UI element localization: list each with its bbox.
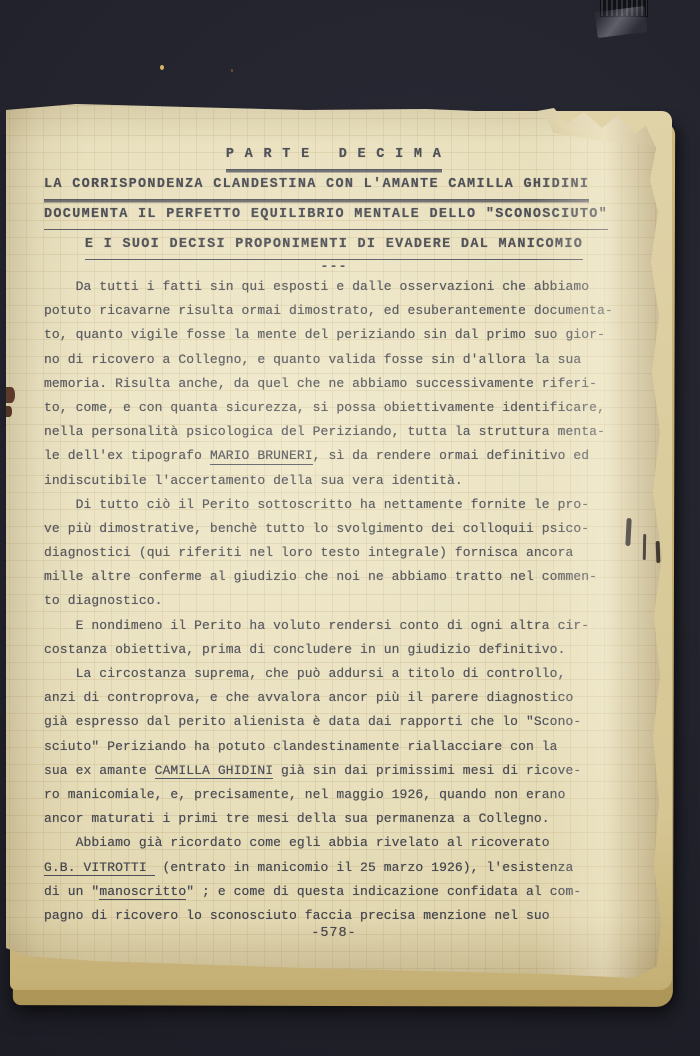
body-line: no di ricovero a Collegno, e quanto vali… — [44, 349, 632, 373]
text-run: to, quanto vigile fosse la mente del per… — [44, 327, 605, 342]
body-line: anzi di controprova, e che avvalora anco… — [44, 687, 632, 711]
text-run: Di tutto ciò il Perito sottoscritto ha n… — [44, 497, 589, 512]
title-text: DOCUMENTA IL PERFETTO EQUILIBRIO MENTALE… — [44, 202, 608, 230]
underlined-name: manoscritto — [99, 884, 186, 901]
text-run: sua ex amante — [44, 763, 155, 778]
text-run: potuto ricavarne risulta ormai dimostrat… — [44, 303, 613, 318]
text-run: le dell'ex tipografo — [44, 448, 210, 463]
body-line: mille altre conferme al giudizio che noi… — [44, 566, 632, 590]
text-run: nella personalità psicologica del Perizi… — [44, 424, 605, 439]
text-run: già espresso dal perito alienista è data… — [44, 714, 581, 729]
body-line: nella personalità psicologica del Perizi… — [44, 421, 632, 445]
page-number: -578- — [44, 926, 624, 941]
body-line: sciuto" Periziando ha potuto clandestina… — [44, 736, 632, 760]
body-line: diagnostici (qui riferiti nel loro testo… — [44, 542, 632, 566]
title-block: P A R T E D E C I M ALA CORRISPONDENZA C… — [44, 142, 624, 262]
text-run: costanza obiettiva, prima di concludere … — [44, 642, 565, 657]
body-line: sua ex amante CAMILLA GHIDINI già sin da… — [44, 760, 632, 784]
paper-speck — [160, 65, 164, 70]
title-text: P A R T E D E C I M A — [226, 142, 442, 170]
body-line: G.B. VITROTTI (entrato in manicomio il 2… — [44, 857, 632, 881]
body-line: to, quanto vigile fosse la mente del per… — [44, 324, 632, 348]
title-line: LA CORRISPONDENZA CLANDESTINA CON L'AMAN… — [44, 172, 624, 202]
body-line: E nondimeno il Perito ha voluto rendersi… — [44, 615, 632, 639]
body-line: costanza obiettiva, prima di concludere … — [44, 639, 632, 663]
text-run: già sin dai primissimi mesi di ricove- — [273, 763, 581, 778]
title-text: LA CORRISPONDENZA CLANDESTINA CON L'AMAN… — [44, 172, 589, 200]
body-line: La circostanza suprema, che può addursi … — [44, 663, 632, 687]
text-run: E nondimeno il Perito ha voluto rendersi… — [44, 618, 589, 633]
body-line: ve più dimostrative, benchè tutto lo svo… — [44, 518, 632, 542]
text-run: memoria. Risulta anche, da quel che ne a… — [44, 376, 597, 391]
body-block: Da tutti i fatti sin qui esposti e dalle… — [44, 276, 632, 929]
text-run: mille altre conferme al giudizio che noi… — [44, 569, 597, 584]
document-page: P A R T E D E C I M ALA CORRISPONDENZA C… — [6, 100, 664, 980]
text-run: (entrato in manicomio il 25 marzo 1926),… — [155, 860, 574, 875]
body-line: ro manicomiale, e, precisamente, nel mag… — [44, 784, 632, 808]
body-line: Abbiamo già ricordato come egli abbia ri… — [44, 832, 632, 856]
underlined-name: CAMILLA GHIDINI — [155, 763, 274, 780]
text-run: La circostanza suprema, che può addursi … — [44, 666, 565, 681]
paper-speck — [231, 69, 233, 72]
photograph-of-album-page: { "colors": { "album_background": "#2323… — [0, 0, 700, 1056]
underlined-name: MARIO BRUNERI — [210, 448, 313, 465]
text-run: no di ricovero a Collegno, e quanto vali… — [44, 352, 581, 367]
text-run: di un " — [44, 884, 99, 899]
text-run: pagno di ricovero lo sconosciuto faccia … — [44, 908, 550, 923]
text-run: ro manicomiale, e, precisamente, nel mag… — [44, 787, 565, 802]
body-line: ancor maturati i primi tre mesi della su… — [44, 808, 632, 832]
binding-stain — [6, 387, 15, 403]
text-run: to, come, e con quanta sicurezza, si pos… — [44, 400, 605, 415]
text-run: Abbiamo già ricordato come egli abbia ri… — [44, 835, 550, 850]
binding-stain — [6, 406, 12, 417]
body-line: le dell'ex tipografo MARIO BRUNERI, sì d… — [44, 445, 632, 469]
text-run: ancor maturati i primi tre mesi della su… — [44, 811, 550, 826]
text-run: " ; e come di questa indicazione confida… — [186, 884, 581, 899]
text-run: Da tutti i fatti sin qui esposti e dalle… — [44, 279, 589, 294]
body-line: memoria. Risulta anche, da quel che ne a… — [44, 373, 632, 397]
text-run: sciuto" Periziando ha potuto clandestina… — [44, 739, 558, 754]
underlined-name: G.B. VITROTTI — [44, 860, 155, 877]
edge-ink-mark — [643, 534, 646, 560]
body-line: di un "manoscritto" ; e come di questa i… — [44, 881, 632, 905]
body-line: to diagnostico. — [44, 590, 632, 614]
body-line: to, come, e con quanta sicurezza, si pos… — [44, 397, 632, 421]
title-line: P A R T E D E C I M A — [44, 142, 624, 172]
body-line: potuto ricavarne risulta ormai dimostrat… — [44, 300, 632, 324]
text-run: to diagnostico. — [44, 593, 163, 608]
text-run: ve più dimostrative, benchè tutto lo svo… — [44, 521, 589, 536]
text-run: diagnostici (qui riferiti nel loro testo… — [44, 545, 573, 560]
text-run: , sì da rendere ormai definitivo ed — [313, 448, 590, 463]
title-line: E I SUOI DECISI PROPONIMENTI DI EVADERE … — [44, 232, 624, 262]
title-line: DOCUMENTA IL PERFETTO EQUILIBRIO MENTALE… — [44, 202, 624, 232]
title-text: E I SUOI DECISI PROPONIMENTI DI EVADERE … — [85, 232, 583, 260]
text-run: indiscutibile l'accertamento della sua v… — [44, 473, 463, 488]
tape-fragment — [595, 6, 648, 38]
body-line: Di tutto ciò il Perito sottoscritto ha n… — [44, 494, 632, 518]
edge-ink-mark — [656, 541, 661, 563]
body-line: Da tutti i fatti sin qui esposti e dalle… — [44, 276, 632, 300]
body-line: indiscutibile l'accertamento della sua v… — [44, 470, 632, 494]
body-line: già espresso dal perito alienista è data… — [44, 711, 632, 735]
text-run: anzi di controprova, e che avvalora anco… — [44, 690, 573, 705]
